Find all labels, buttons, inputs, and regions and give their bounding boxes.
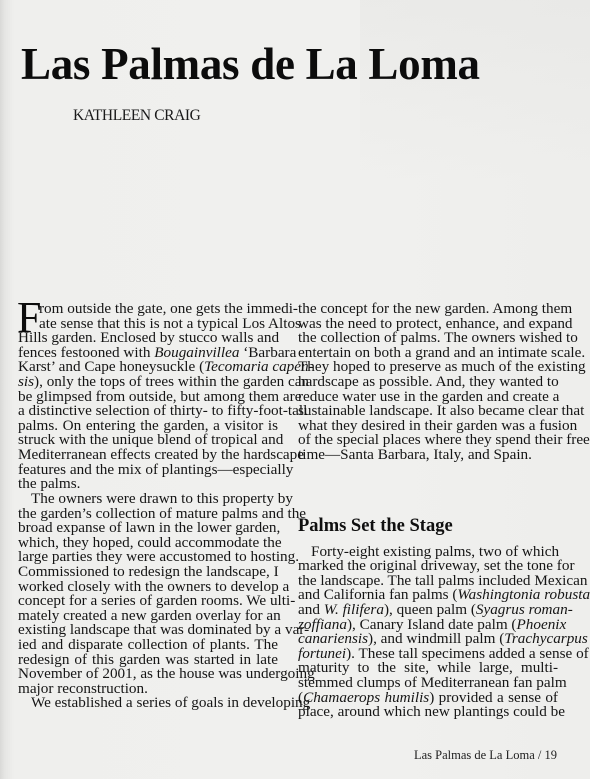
magazine-page: Las Palmas de La Loma KATHLEEN CRAIG F r…: [0, 0, 590, 779]
drop-cap: F: [17, 298, 41, 338]
page-footer-running-title: Las Palmas de La Loma / 19: [414, 748, 557, 763]
section-heading: Palms Set the Stage: [298, 515, 558, 545]
article-author: KATHLEEN CRAIG: [73, 107, 200, 125]
spacer: [298, 507, 558, 515]
left-column: F rom outside the gate, one gets the imm…: [18, 302, 278, 711]
text-line: time—Santa Barbara, Italy, and Spain.: [298, 448, 558, 463]
text-line: We established a series of goals in deve…: [18, 696, 278, 711]
spacer: [298, 492, 558, 507]
article-title: Las Palmas de La Loma: [21, 40, 480, 88]
spacer: [298, 477, 558, 492]
reverse-page-show-through: [360, 0, 590, 180]
right-column: the concept for the new garden. Among th…: [298, 302, 558, 720]
text-line: place, around which new plantings could …: [298, 705, 558, 720]
spacer: [298, 463, 558, 478]
